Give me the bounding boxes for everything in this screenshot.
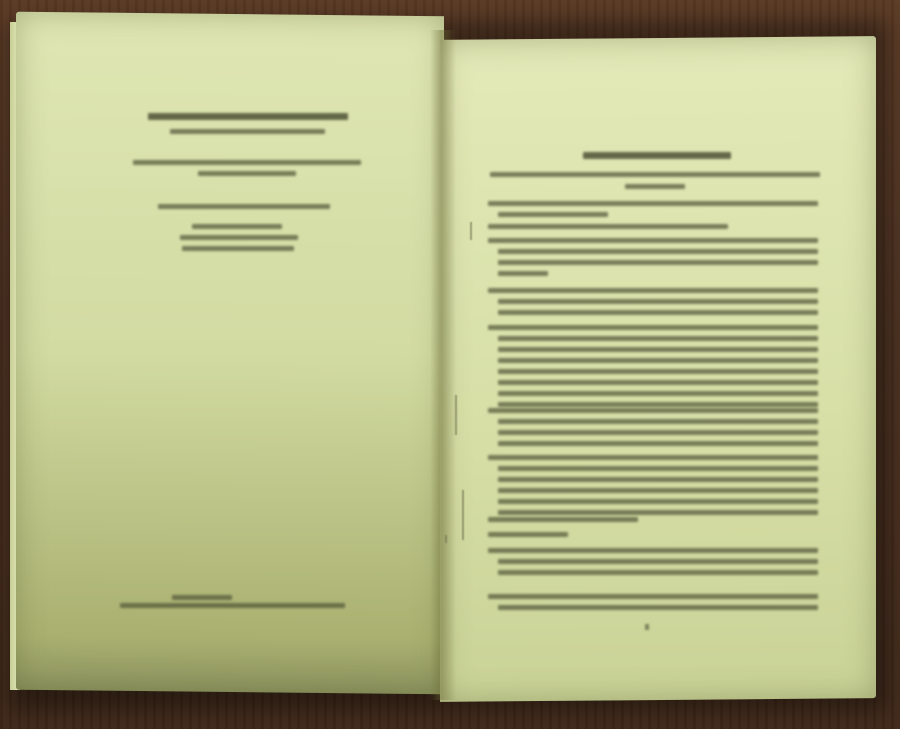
right-entry-line (498, 419, 818, 424)
right-entry-line (498, 347, 818, 352)
right-entry-line (498, 212, 608, 217)
handwritten-margin-mark (445, 535, 447, 543)
right-entry-line (498, 477, 818, 482)
right-entry-line (498, 488, 818, 493)
right-entry-line (498, 605, 818, 610)
handwritten-margin-mark (462, 490, 464, 540)
handwritten-margin-mark (455, 395, 457, 435)
right-entry-line (488, 548, 818, 553)
right-entry-line (498, 570, 818, 575)
left-footer-line (172, 595, 232, 600)
right-entry-line (488, 224, 728, 229)
handwritten-margin-mark (470, 222, 472, 240)
right-entry-line (498, 510, 818, 515)
right-entry-line (498, 441, 818, 446)
right-entry-line (498, 249, 818, 254)
left-title-line (148, 113, 348, 120)
book-gutter (430, 30, 456, 700)
right-entry-line (488, 594, 818, 599)
right-intro-line (490, 172, 820, 177)
right-entry-line (488, 201, 818, 206)
left-info-line (192, 224, 282, 229)
right-entry-line (488, 408, 818, 413)
right-entry-line (498, 358, 818, 363)
right-entry-line (498, 466, 818, 471)
right-entry-line (498, 369, 818, 374)
left-info-line (158, 204, 330, 209)
left-subtitle-line (133, 160, 361, 165)
left-info-line (182, 246, 294, 251)
right-entry-line (488, 238, 818, 243)
right-entry-line (498, 559, 818, 564)
right-entry-line (498, 430, 818, 435)
right-entry-line (498, 260, 818, 265)
right-entry-line (488, 517, 638, 522)
right-entry-line (498, 499, 818, 504)
left-footer-line (120, 603, 345, 608)
right-entry-line (498, 336, 818, 341)
right-intro-line (625, 184, 685, 189)
right-entry-line (498, 391, 818, 396)
left-info-line (180, 235, 298, 240)
left-title-line (170, 129, 325, 134)
left-subtitle-line (198, 171, 296, 176)
right-entry-line (498, 380, 818, 385)
right-entry-line (488, 455, 818, 460)
right-entry-line (498, 271, 548, 276)
right-entry-line (488, 288, 818, 293)
page-number (645, 624, 649, 630)
right-entry-line (498, 402, 818, 407)
right-entry-line (488, 325, 818, 330)
right-heading-line (583, 152, 731, 159)
right-entry-line (498, 299, 818, 304)
right-entry-line (488, 532, 568, 537)
right-entry-line (498, 310, 818, 315)
